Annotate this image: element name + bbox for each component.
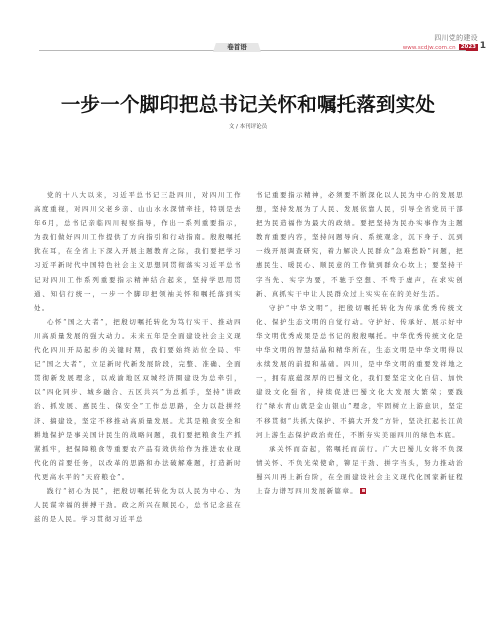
magazine-name: 四川党的建设 xyxy=(403,34,478,43)
paragraph: 守护“中华文明”，把殷切嘱托转化为传承优秀传统文化、保护生态文明的自觉行动。守护… xyxy=(256,301,464,442)
article-column-left: 党的十八大以来，习近平总书记三赴四川，对四川工作高度重视，对四川父老乡亲、山山水… xyxy=(34,188,242,526)
paragraph: 践行“初心为民”，把殷切嘱托转化为以人民为中心、为人民谋幸福的拼搏干劲。政之所兴… xyxy=(34,484,242,526)
article-byline: 文 / 本刊评论员 xyxy=(0,122,496,130)
page-number: 1 xyxy=(480,41,486,51)
paragraph: 承关怀而奋起，铭嘱托而前行。广大巴蜀儿女将不负深情关怀、不负光荣使命，铆足干劲、… xyxy=(256,442,464,498)
article-title: 一步一个脚印把总书记关怀和嘱托落到实处 xyxy=(0,89,496,117)
paragraph: 党的十八大以来，习近平总书记三赴四川，对四川工作高度重视，对四川父老乡亲、山山水… xyxy=(34,188,242,315)
article-column-right: 书记重要指示精神，必须要不断深化以人民为中心的发展思想，坚持发展为了人民、发展依… xyxy=(256,188,464,498)
header-rule-right xyxy=(261,50,466,51)
column-tab: 卷首语 xyxy=(213,43,261,52)
paragraph: 心怀“国之大者”，把殷切嘱托转化为笃行实干、推动四川高质量发展的强大动力。未来五… xyxy=(34,315,242,484)
end-of-article-square-icon xyxy=(360,488,366,494)
paragraph: 书记重要指示精神，必须要不断深化以人民为中心的发展思想，坚持发展为了人民、发展依… xyxy=(256,188,464,301)
magazine-masthead: 四川党的建设 www.scdjw.com.cn 2023 xyxy=(403,34,478,51)
